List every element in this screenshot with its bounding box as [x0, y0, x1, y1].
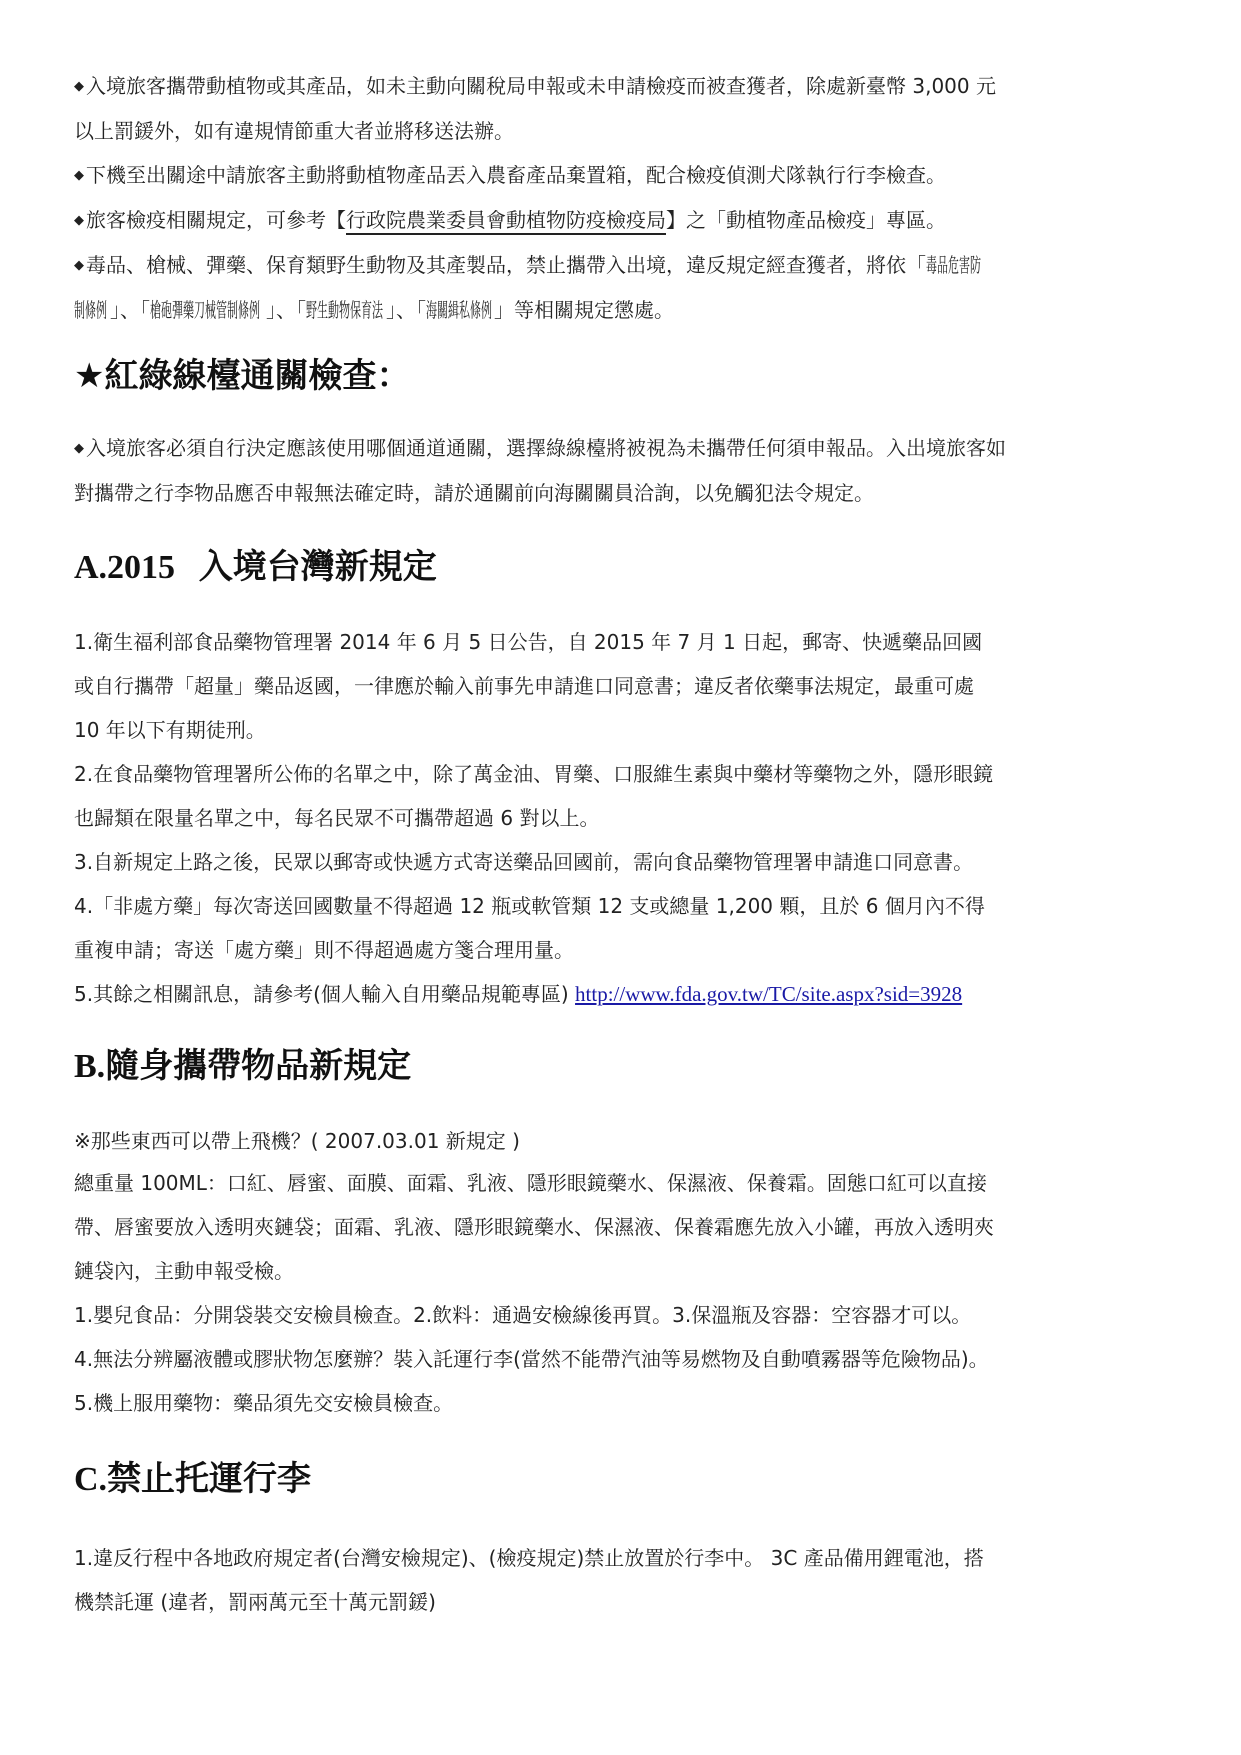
coa-quarantine-link[interactable]: 行政院農業委員會動植物防疫檢疫局 [346, 208, 666, 232]
section-title-b: B.隨身攜帶物品新規定 [74, 1036, 1174, 1097]
law-name-4: 海關緝私條例 [426, 288, 463, 332]
law-name-2: 槍砲彈藥刀械管制條例 [150, 288, 214, 332]
section-b-line: 總重量 100ML：口紅、唇蜜、面膜、面霜、乳液、隱形眼鏡藥水、保濕液、保養霜。… [74, 1161, 1174, 1205]
section-a-line: 2.在食品藥物管理署所公佈的名單之中，除了萬金油、胃藥、口服維生素與中藥材等藥物… [74, 752, 1174, 796]
law-name-1: 毒品危害防 [926, 243, 957, 287]
diamond-bullet-icon: ◆ [74, 79, 84, 94]
section-a-line: 3.自新規定上路之後，民眾以郵寄或快遞方式寄送藥品回國前，需向食品藥物管理署申請… [74, 840, 1174, 884]
section-b-line: 1.嬰兒食品：分開袋裝交安檢員檢查。2.飲料：通過安檢線後再買。3.保溫瓶及容器… [74, 1293, 1174, 1337]
section-a-line: 4.「非處方藥」每次寄送回國數量不得超過 12 瓶或軟管類 12 支或總量 1,… [74, 884, 1174, 928]
section-c-line: 機禁託運 (違者，罰兩萬元至十萬元罰鍰) [74, 1580, 1174, 1624]
section-b-line: 帶、唇蜜要放入透明夾鏈袋；面霜、乳液、隱形眼鏡藥水、保濕液、保養霜應先放入小罐，… [74, 1205, 1174, 1249]
section-a-line: 或自行攜帶「超量」藥品返國，一律應於輸入前事先申請進口同意書；違反者依藥事法規定… [74, 664, 1174, 708]
diamond-bullet-icon: ◆ [74, 168, 84, 183]
section-a-line: 10 年以下有期徒刑。 [74, 708, 1174, 752]
diamond-bullet-icon: ◆ [74, 258, 84, 273]
intro-paragraph-3: ◆旅客檢疫相關規定，可參考【行政院農業委員會動植物防疫檢疫局】之「動植物產品檢疫… [74, 198, 1174, 243]
section-b-line: 5.機上服用藥物：藥品須先交安檢員檢查。 [74, 1381, 1174, 1425]
fda-link[interactable]: http://www.fda.gov.tw/TC/site.aspx?sid=3… [575, 982, 962, 1006]
section-title-a: A.2015 入境台灣新規定 [74, 537, 1174, 598]
section-b-line: 4.無法分辨屬液體或膠狀物怎麼辦？裝入託運行李(當然不能帶汽油等易燃物及自動噴霧… [74, 1337, 1174, 1381]
section-c-line: 1.違反行程中各地政府規定者(台灣安檢規定)、(檢疫規定)禁止放置於行李中。 3… [74, 1536, 1174, 1580]
intro-paragraph-1: ◆入境旅客攜帶動植物或其產品，如未主動向關稅局申報或未申請檢疫而被查獲者，除處新… [74, 64, 1174, 109]
diamond-bullet-icon: ◆ [74, 441, 84, 456]
section-a-item-5: 5.其餘之相關訊息，請參考(個人輸入自用藥品規範專區) http://www.f… [74, 972, 1174, 1016]
section-title-red-green: ★紅綠線檯通關檢查： [74, 346, 1174, 406]
document-page: ◆入境旅客攜帶動植物或其產品，如未主動向關稅局申報或未申請檢疫而被查獲者，除處新… [74, 64, 1174, 1624]
section-b-line: 鏈袋內，主動申報受檢。 [74, 1249, 1174, 1293]
section-a-line: 1.衛生福利部食品藥物管理署 2014 年 6 月 5 日公告，自 2015 年… [74, 620, 1174, 664]
section-a-line: 也歸類在限量名單之中，每名民眾不可攜帶超過 6 對以上。 [74, 796, 1174, 840]
diamond-bullet-icon: ◆ [74, 213, 84, 228]
section-title-c: C.禁止托運行李 [74, 1449, 1174, 1510]
law-name-3: 野生動物保育法 [306, 288, 350, 332]
red-green-line-cont: 對攜帶之行李物品應否申報無法確定時，請於通關前向海關關員洽詢，以免觸犯法令規定。 [74, 471, 1174, 515]
section-b-line: ※那些東西可以帶上飛機？( 2007.03.01 新規定 ) [74, 1121, 1174, 1161]
intro-paragraph-2: ◆下機至出關途中請旅客主動將動植物產品丟入農畜產品棄置箱，配合檢疫偵測犬隊執行行… [74, 153, 1174, 198]
intro-paragraph-1-cont: 以上罰鍰外，如有違規情節重大者並將移送法辦。 [74, 109, 1174, 153]
section-a-line: 重複申請；寄送「處方藥」則不得超過處方箋合理用量。 [74, 928, 1174, 972]
red-green-line: ◆入境旅客必須自行決定應該使用哪個通道通關，選擇綠線檯將被視為未攜帶任何須申報品… [74, 426, 1174, 471]
intro-paragraph-4: ◆毒品、槍械、彈藥、保育類野生動物及其產製品，禁止攜帶入出境，違反規定經查獲者，… [74, 243, 1174, 288]
intro-paragraph-4-cont: 制條例」、「槍砲彈藥刀械管制條例」、「野生動物保育法」、「海關緝私條例」等相關規… [74, 288, 1174, 332]
